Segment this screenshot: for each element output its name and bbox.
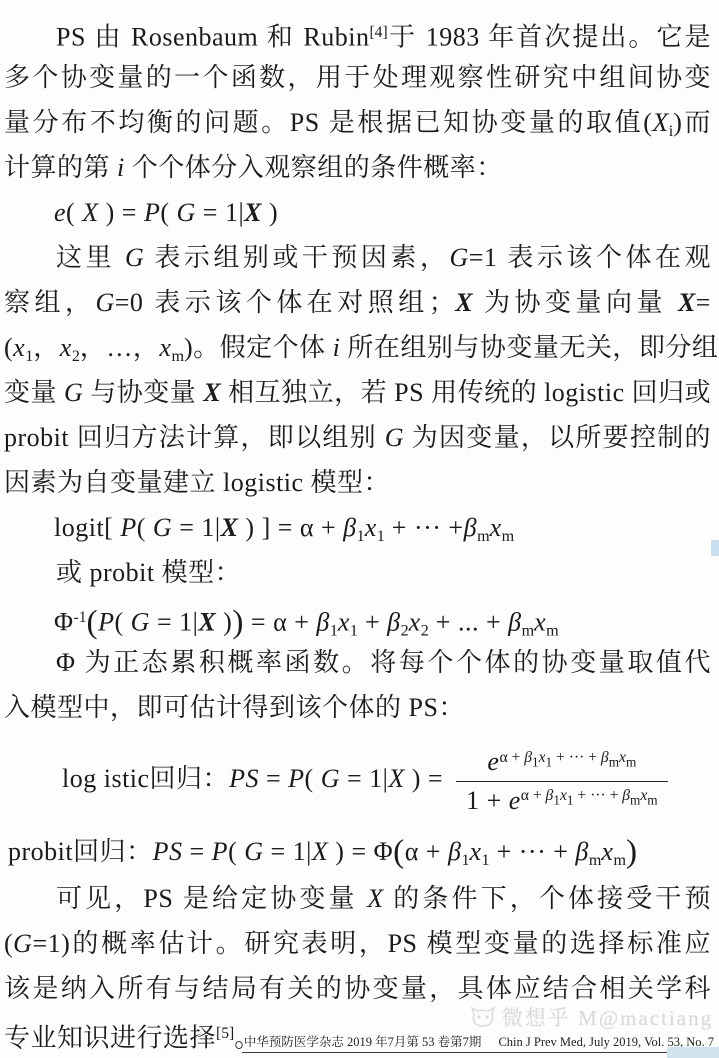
journal-citation-footer: 中华预防医学杂志 2019 年7月第 53 卷第7期 Chin J Prev M… [242, 1034, 716, 1053]
text-line: 变量 G 与协变量 X 相互独立，若 PS 用传统的 logistic 回归或 [4, 370, 711, 415]
watermark: 微想乎 M@mactiang [470, 1002, 713, 1032]
text-line: e( X ) = P( G = 1|X ) [4, 190, 711, 235]
text-line: PS 由 Rosenbaum 和 Rubin[4]于 1983 年首次提出。它是 [4, 10, 711, 55]
text-line: logit[ P( G = 1|X ) ] = α + β1x1 + ··· +… [4, 505, 711, 550]
text-line: 入模型中，即可估计得到该个体的 PS： [4, 685, 711, 730]
cat-doodle-icon [470, 1005, 496, 1029]
text-line: 多个协变量的一个函数，用于处理观察性研究中组间协变 [4, 55, 711, 100]
footer-citation-cn: 中华预防医学杂志 2019 年7月第 53 卷第7期 [244, 1035, 482, 1049]
scan-artifact [711, 540, 719, 556]
text-line: 量分布不均衡的问题。PS 是根据已知协变量的取值(Xi)而 [4, 100, 711, 145]
text-line: 因素为自变量建立 logistic 模型： [4, 460, 711, 505]
text-line: Φ-1(P( G = 1|X )) = α + β1x1 + β2x2 + ..… [4, 595, 711, 640]
page-body: PS 由 Rosenbaum 和 Rubin[4]于 1983 年首次提出。它是… [0, 0, 719, 1056]
text-line: (x1，x2，…，xm)。假定个体 i 所在组别与协变量无关，即分组 [4, 325, 711, 370]
text-line: 或 probit 模型： [4, 550, 711, 595]
text-line: probit 回归方法计算，即以组别 G 为因变量，以所要控制的 [4, 415, 711, 460]
text-line: log istic回归：PS = P( G = 1|X ) = eα + β1x… [4, 730, 711, 828]
text-line: 计算的第 i 个个体分入观察组的条件概率： [4, 145, 711, 190]
fraction: eα + β1x1 + ··· + βmxm1 + eα + β1x1 + ··… [456, 743, 668, 818]
watermark-text: 微想乎 M@mactiang [502, 1002, 713, 1032]
scan-artifact [667, 1047, 719, 1058]
text-line: 察组，G=0 表示该个体在对照组；X 为协变量向量 X= [4, 280, 711, 325]
journal-page: PS 由 Rosenbaum 和 Rubin[4]于 1983 年首次提出。它是… [0, 0, 719, 1058]
text-line: 可见，PS 是给定协变量 X 的条件下，个体接受干预 [4, 876, 711, 921]
text-line: probit回归：PS = P( G = 1|X ) = Φ(α + β1x1 … [4, 828, 711, 876]
text-line: 这里 G 表示组别或干预因素，G=1 表示该个体在观 [4, 235, 711, 280]
text-line: Φ 为正态累积概率函数。将每个个体的协变量取值代 [4, 640, 711, 685]
text-line: (G=1)的概率估计。研究表明，PS 模型变量的选择标准应 [4, 921, 711, 966]
